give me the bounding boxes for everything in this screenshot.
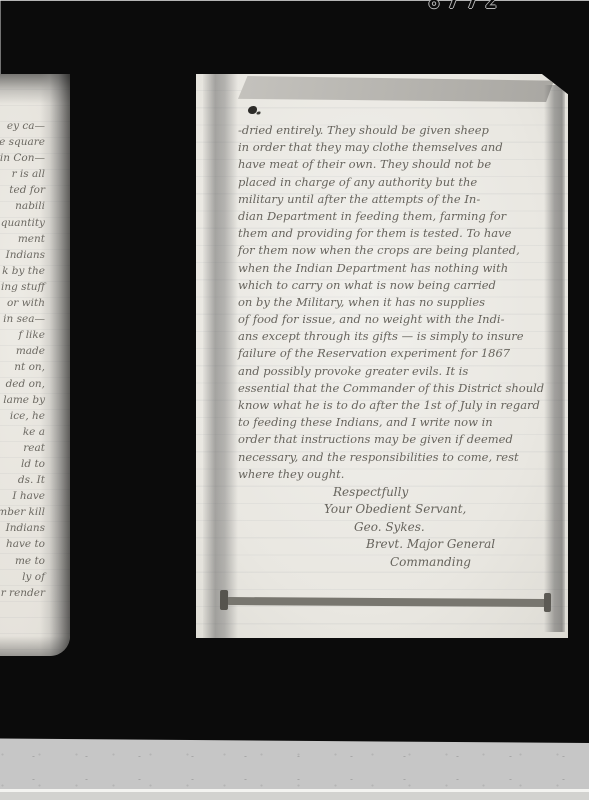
left-page-fragment: k by the	[2, 263, 45, 279]
letter-line: which to carry on what is now being carr…	[238, 277, 560, 294]
letter-line: order that instructions may be given if …	[238, 431, 560, 448]
letter-line: failure of the Reservation experiment fo…	[238, 345, 560, 362]
left-page-fragment: ing stuff	[1, 279, 45, 295]
letter-line: military until after the attempts of the…	[238, 191, 560, 208]
letter-line: them and providing for them is tested. T…	[238, 225, 560, 242]
letter-line: of food for issue, and no weight with th…	[238, 311, 560, 328]
left-page-fragment: in Con—	[0, 150, 45, 166]
letter-line: when the Indian Department has nothing w…	[238, 260, 560, 277]
film-frame-number: 8772	[428, 0, 538, 13]
left-page-edge-shadow	[40, 74, 70, 656]
letter-line: to feeding these Indians, and I write no…	[238, 414, 560, 431]
film-frame-number-text: 8772	[428, 0, 538, 13]
signature-rank: Brevt. Major General	[366, 536, 560, 553]
letter-line: on by the Military, when it has no suppl…	[238, 294, 560, 311]
left-page: ey ca—ble squarein Con—r is allted forna…	[0, 74, 70, 656]
left-page-fragment: ble square	[0, 134, 45, 150]
letter-page: -dried entirely. They should be given sh…	[196, 74, 568, 638]
signature-name: Geo. Sykes.	[354, 519, 560, 536]
film-strip-bottom	[0, 736, 589, 800]
letter-line: know what he is to do after the 1st of J…	[238, 397, 560, 414]
closing-servant: Your Obedient Servant,	[324, 501, 560, 518]
left-page-fragment: umber kill	[0, 504, 45, 520]
letter-body: -dried entirely. They should be given sh…	[238, 122, 560, 571]
letter-line: ans except through its gifts — is simply…	[238, 328, 560, 345]
microfilm-frame: 8772 ey ca—ble squarein Con—r is allted …	[0, 0, 589, 800]
left-page-fragment: r render	[1, 585, 45, 601]
letter-line: dian Department in feeding them, farming…	[238, 208, 560, 225]
letter-line: necessary, and the responsibilities to c…	[238, 449, 560, 466]
letter-line: where they ought.	[238, 466, 560, 483]
closing-respectfully: Respectfully	[333, 484, 560, 501]
signature-command: Commanding	[390, 554, 560, 571]
letter-paragraph: -dried entirely. They should be given sh…	[238, 122, 560, 483]
page-left-shadow	[203, 74, 238, 638]
left-page-bottom-shadow	[0, 636, 70, 656]
letter-line: for them now when the crops are being pl…	[238, 242, 560, 259]
letter-line: -dried entirely. They should be given sh…	[238, 122, 560, 139]
signature-block: Respectfully Your Obedient Servant, Geo.…	[238, 484, 560, 571]
letter-line: and possibly provoke greater evils. It i…	[238, 363, 560, 380]
letter-line: in order that they may clothe themselves…	[238, 139, 560, 156]
film-strip-foot	[0, 792, 589, 800]
left-page-fragment: in sea—	[3, 311, 45, 327]
film-left-edge	[0, 0, 1, 74]
letter-line: have meat of their own. They should not …	[238, 156, 560, 173]
left-page-fragment: lame by	[3, 392, 45, 408]
left-page-fragment: quantity	[1, 215, 45, 231]
letter-line: essential that the Commander of this Dis…	[238, 380, 560, 397]
letter-line: placed in charge of any authority but th…	[238, 174, 560, 191]
